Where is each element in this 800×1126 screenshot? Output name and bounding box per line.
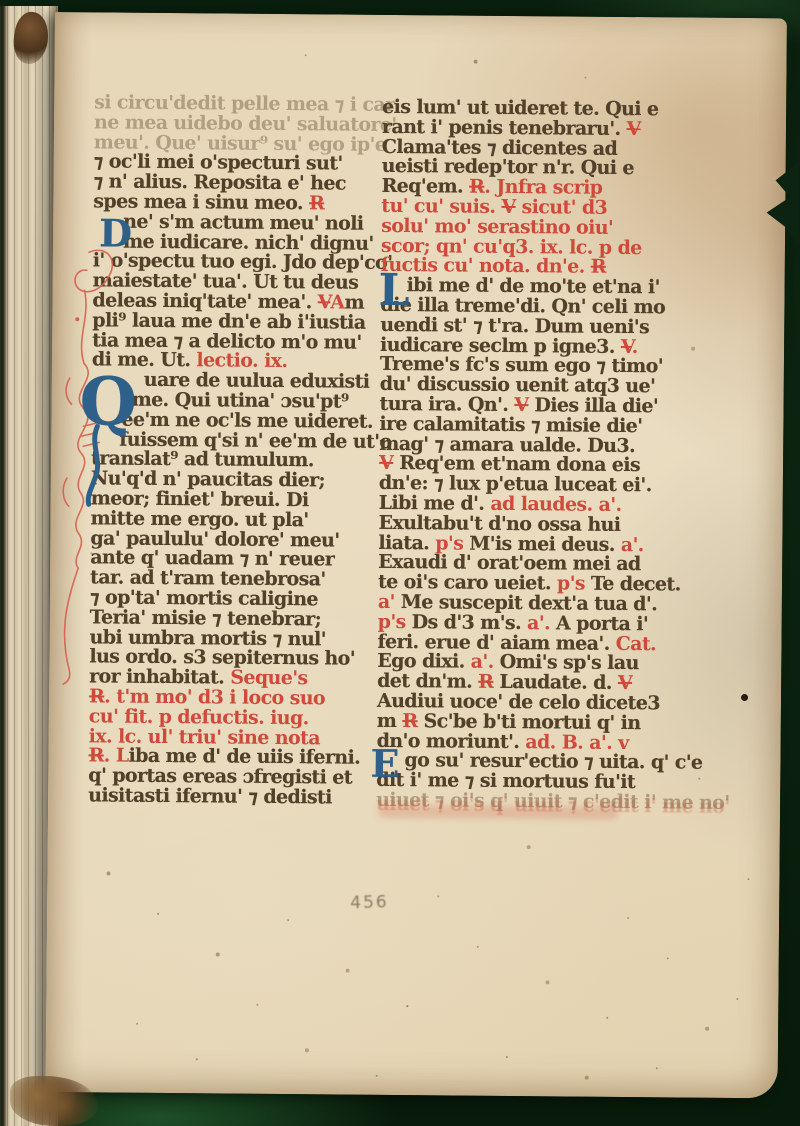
text-segment: . xyxy=(104,745,116,767)
text-segment: V xyxy=(501,196,515,218)
text-segment: V xyxy=(318,291,331,313)
text-segment: V xyxy=(618,672,632,694)
text-segment: . xyxy=(632,336,638,358)
text-line: uisitasti ifernu' ⁊ dedisti xyxy=(88,786,363,808)
illuminated-initial-d: D xyxy=(99,210,132,255)
text-segment: R xyxy=(88,745,103,767)
text-segment: L xyxy=(116,745,129,767)
illuminated-initial-q: Q xyxy=(79,362,137,440)
text-segment: R xyxy=(591,256,606,278)
text-segment: V xyxy=(621,336,632,358)
penwork-tail-sweep xyxy=(63,568,78,684)
illuminated-initial-l: L xyxy=(378,265,409,316)
manuscript-page: si circu'dedit pelle mea ⁊ i carne mea u… xyxy=(46,12,787,1098)
ink-dot xyxy=(741,694,748,701)
penwork-side-curls xyxy=(63,378,72,506)
parchment-speckles xyxy=(55,12,57,14)
red-ink-bleedthrough xyxy=(378,805,618,820)
text-segment: V xyxy=(626,118,640,140)
text-segment: V xyxy=(514,394,528,416)
penwork-flourish xyxy=(51,238,145,689)
folio-number-pencil: 456 xyxy=(350,892,389,913)
text-segment: R xyxy=(89,685,104,707)
text-column-right: eis lum' ut uideret te. Qui erant i' pen… xyxy=(376,98,716,814)
text-segment: R xyxy=(469,176,484,198)
text-segment: uisitasti ifernu' ⁊ dedisti xyxy=(88,784,332,808)
scan-background: { "document": { "kind": "medieval manusc… xyxy=(0,0,800,1126)
red-penwork-strokes xyxy=(62,250,113,685)
text-segment: R xyxy=(309,192,324,214)
text-segment: A xyxy=(330,291,344,313)
penwork-stem xyxy=(81,290,86,363)
red-speck xyxy=(75,317,79,321)
text-segment: V xyxy=(379,452,393,474)
text-segment: R xyxy=(478,671,493,693)
illuminated-initial-e: E xyxy=(370,741,399,786)
text-segment: R xyxy=(402,710,417,732)
penwork-curl-top xyxy=(75,250,113,292)
